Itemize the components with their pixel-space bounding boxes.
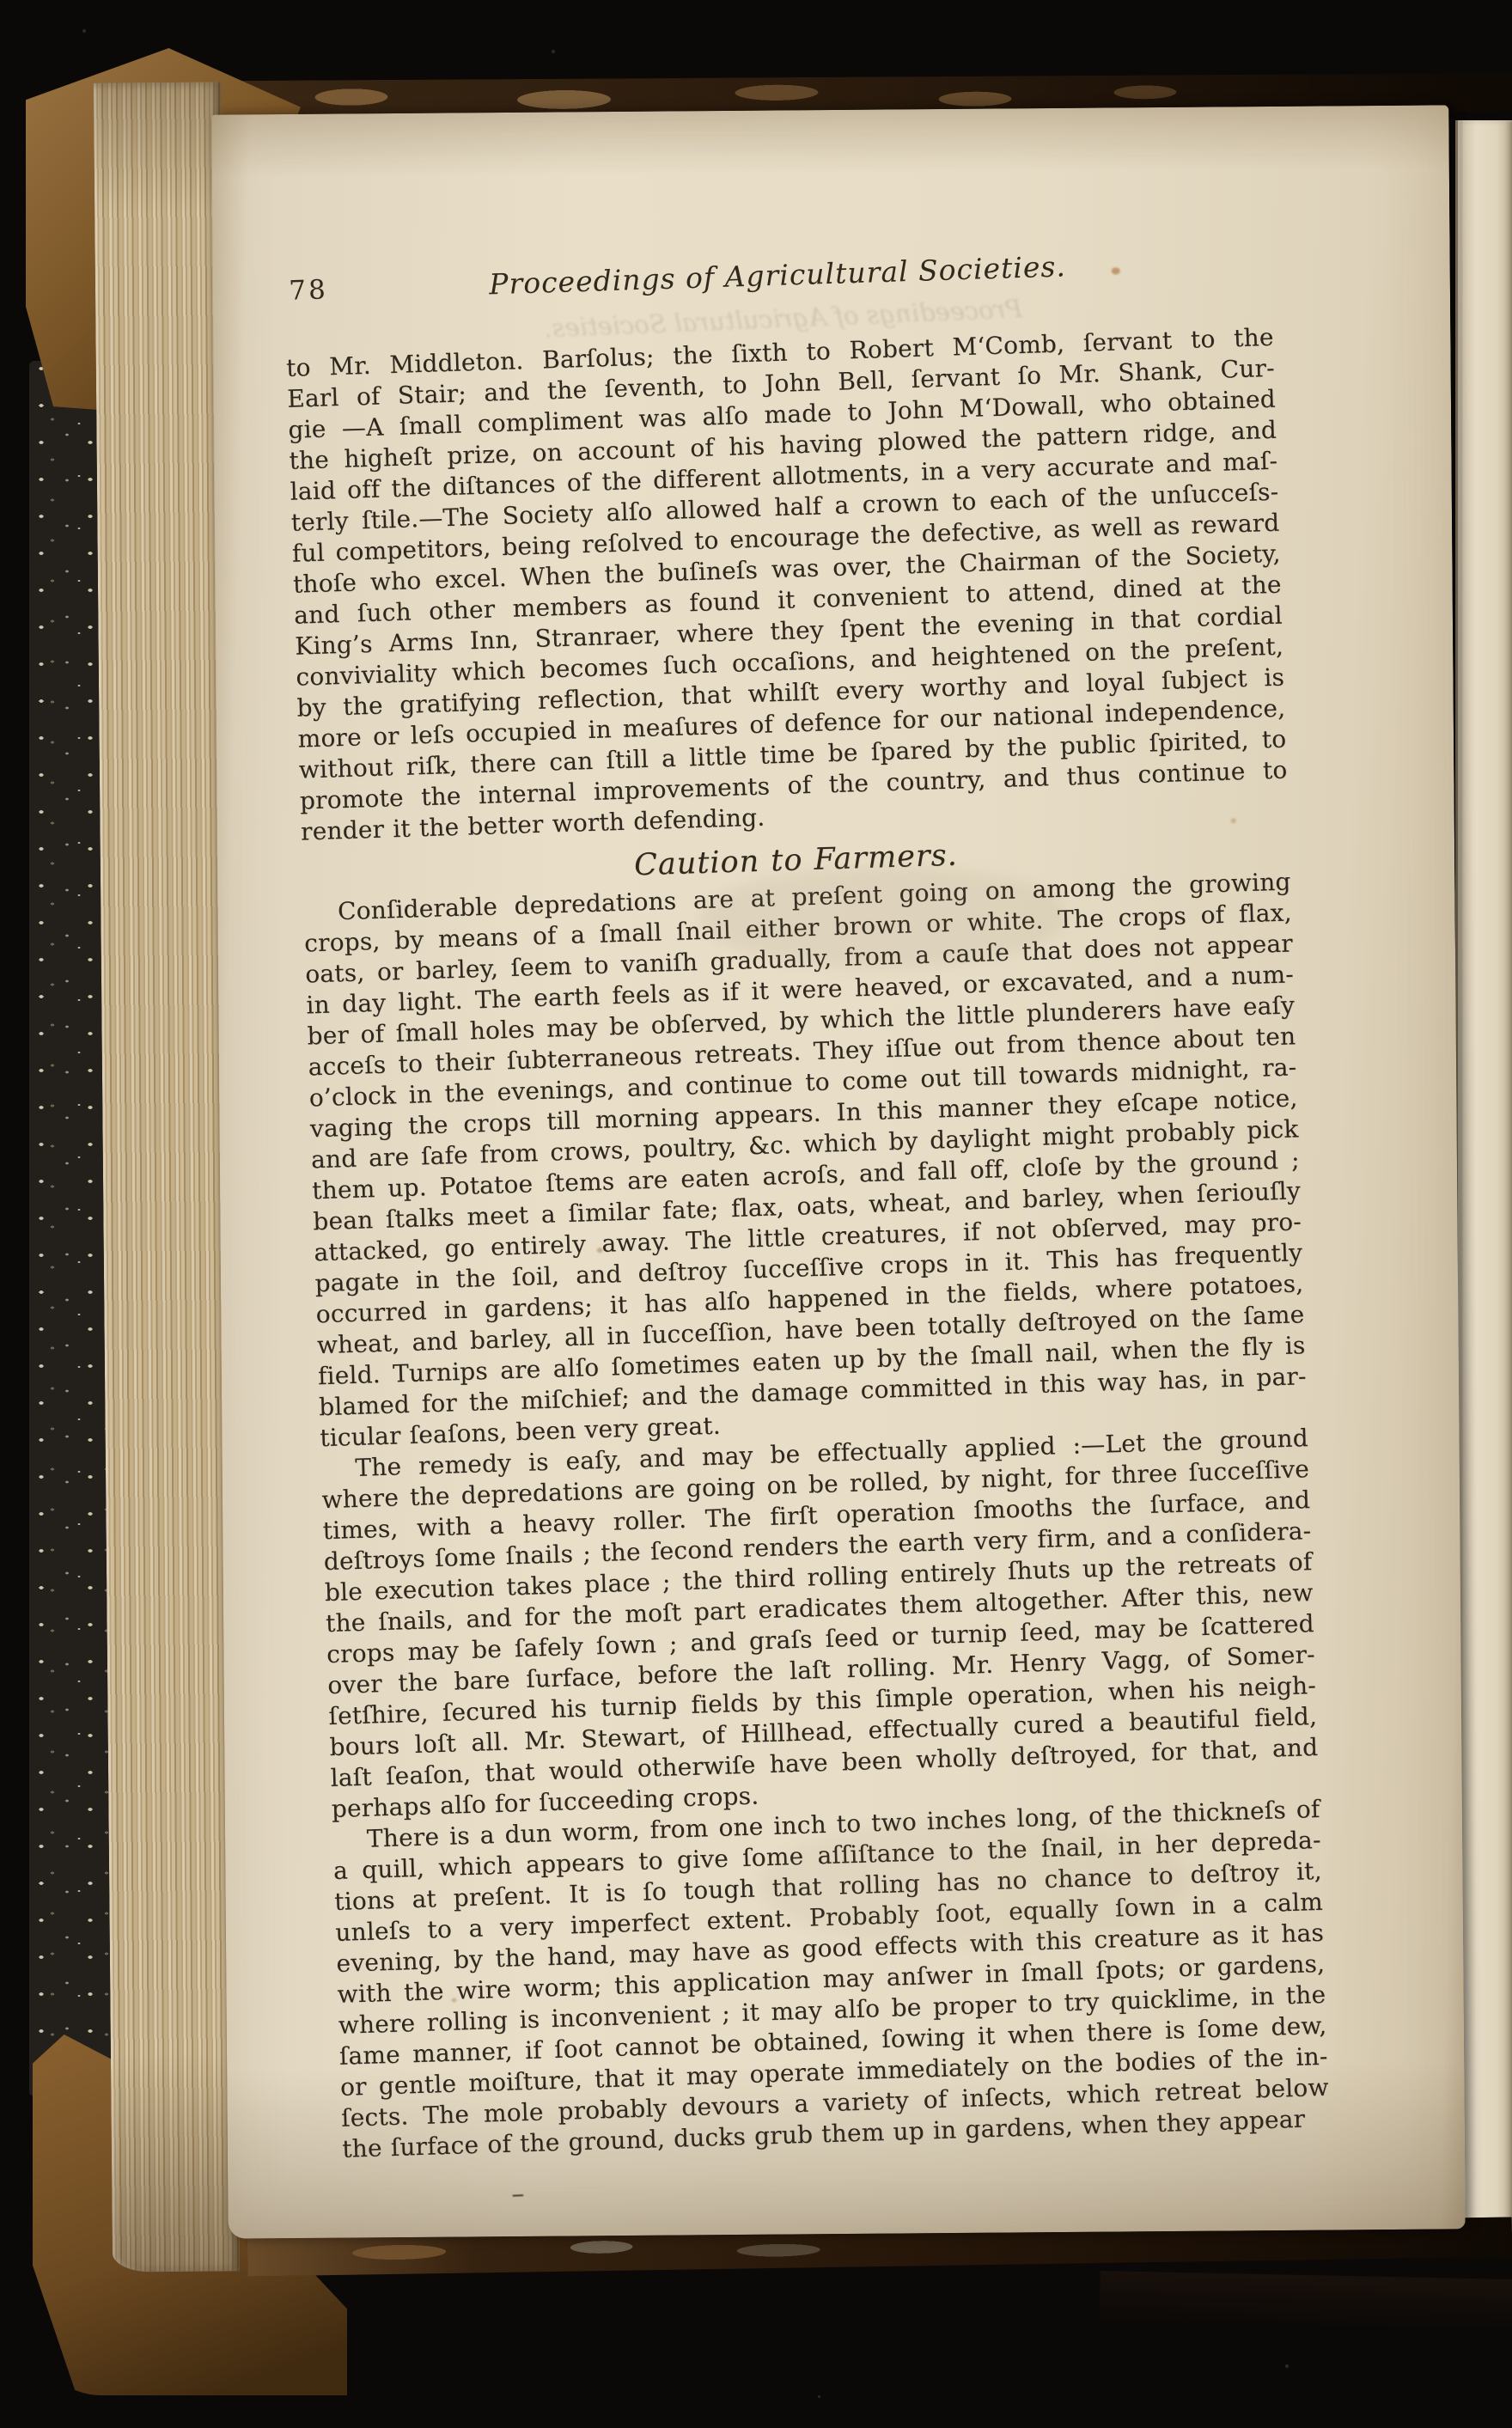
facing-page-gutter [1455,120,1512,2232]
dust-speck [552,50,555,53]
dust-speck [1285,2364,1289,2368]
book-page: 78 Proceedings of Agricultural Societies… [211,105,1465,2238]
page-header-row: 78 Proceedings of Agricultural Societies… [283,241,1272,310]
foxing-spot [924,539,929,542]
foxing-spot [452,1998,457,2003]
running-header: Proceedings of Agricultural Societies. [283,241,1272,310]
foxing-spot [1112,267,1120,274]
dust-speck [818,2395,820,2398]
ink-dash-mark: – [511,2181,546,2208]
book-scan-photo: 78 Proceedings of Agricultural Societies… [0,0,1512,2428]
foxing-spot [597,1248,603,1253]
foxing-spot [1231,818,1236,823]
dust-speck [82,29,86,33]
page-text-block: 78 Proceedings of Agricultural Societies… [283,241,1336,2333]
